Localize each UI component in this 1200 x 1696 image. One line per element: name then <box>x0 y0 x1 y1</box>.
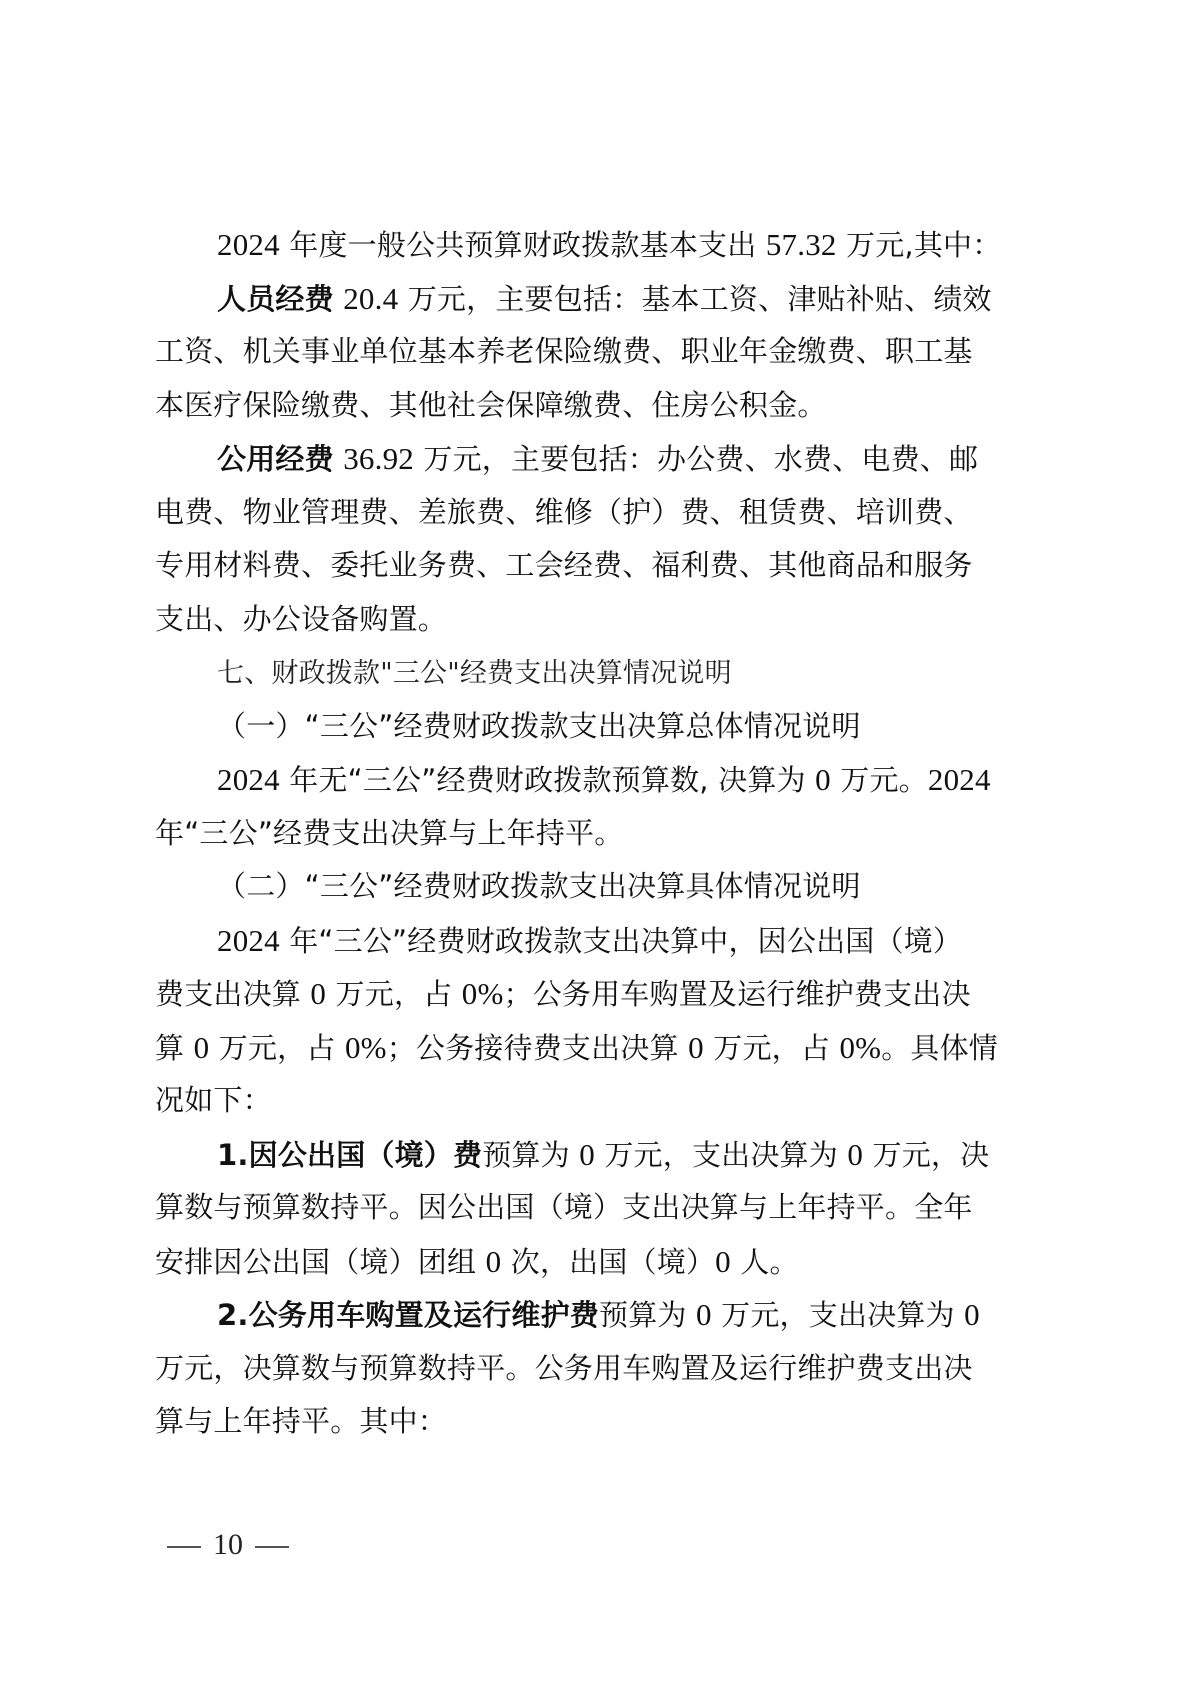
bold-term: 人员经费 <box>217 282 334 316</box>
text-run: 万元,其中： <box>837 228 1002 262</box>
text-run <box>334 442 343 476</box>
number-value: 2024 <box>217 762 280 797</box>
text-run: 算数与预算数持平。因公出国（境）支出决算与上年持平。全年 <box>155 1190 973 1224</box>
page-number: 10 <box>213 1528 243 1561</box>
document-body: 2024 年度一般公共预算财政拨款基本支出 57.32 万元,其中：人员经费 2… <box>155 218 1050 1449</box>
text-run: 年“三公”经费支出决算与上年持平。 <box>155 816 623 850</box>
text-line: 人员经费 20.4 万元，主要包括：基本工资、津贴补贴、绩效 <box>155 272 1050 326</box>
text-run: 。具体情 <box>881 1031 998 1065</box>
text-line: 1.因公出国（境）费预算为 0 万元，支出决算为 0 万元，决 <box>155 1128 1050 1182</box>
text-run: 万元，决算数与预算数持平。公务用车购置及运行维护费支出决 <box>155 1351 973 1385</box>
text-line: 专用材料费、委托业务费、工会经费、福利费、其他商品和服务 <box>155 539 1050 593</box>
number-value: 0 <box>310 976 326 1011</box>
dash-left <box>167 1546 201 1548</box>
text-line: 七、财政拨款"三公"经费支出决算情况说明 <box>155 646 1050 700</box>
text-run: 万元，主要包括：办公费、水费、电费、邮 <box>414 442 978 476</box>
text-run: ；公务用车购置及运行维护费支出决 <box>504 977 971 1011</box>
text-run: 费支出决算 <box>155 977 310 1011</box>
number-value: 2024 <box>217 227 280 262</box>
number-value: 0 <box>688 1030 704 1065</box>
dash-right <box>255 1546 289 1548</box>
text-line: 算数与预算数持平。因公出国（境）支出决算与上年持平。全年 <box>155 1181 1050 1235</box>
text-run: 工资、机关事业单位基本养老保险缴费、职业年金缴费、职工基 <box>155 334 973 368</box>
text-line: 费支出决算 0 万元，占 0%；公务用车购置及运行维护费支出决 <box>155 967 1050 1021</box>
text-line: 算与上年持平。其中： <box>155 1395 1050 1449</box>
text-run: （二）“三公”经费财政拨款支出决算具体情况说明 <box>217 869 861 903</box>
text-line: 本医疗保险缴费、其他社会保障缴费、住房公积金。 <box>155 379 1050 433</box>
text-run: 万元，占 <box>326 977 462 1011</box>
text-run: 万元，决 <box>863 1138 989 1172</box>
number-value: 2024 <box>928 762 991 797</box>
number-value: 0% <box>839 1030 881 1065</box>
text-line: 工资、机关事业单位基本养老保险缴费、职业年金缴费、职工基 <box>155 325 1050 379</box>
text-run: 年无“三公”经费财政拨款预算数, 决算为 <box>280 763 815 797</box>
text-line: （二）“三公”经费财政拨款支出决算具体情况说明 <box>155 860 1050 914</box>
text-run: 万元，占 <box>704 1031 840 1065</box>
bold-term: 1.因公出国（境）费 <box>217 1138 482 1172</box>
text-run: 预算为 <box>482 1138 579 1172</box>
text-run: 次，出国（境） <box>501 1245 715 1279</box>
text-run: 本医疗保险缴费、其他社会保障缴费、住房公积金。 <box>155 388 827 422</box>
text-run: 年度一般公共预算财政拨款基本支出 <box>280 228 766 262</box>
text-run: 电费、物业管理费、差旅费、维修（护）费、租赁费、培训费、 <box>155 495 973 529</box>
text-line: 2024 年无“三公”经费财政拨款预算数, 决算为 0 万元。2024 <box>155 753 1050 807</box>
text-run: 专用材料费、委托业务费、工会经费、福利费、其他商品和服务 <box>155 548 973 582</box>
text-run: ；公务接待费支出决算 <box>387 1031 688 1065</box>
text-line: 况如下： <box>155 1074 1050 1128</box>
page-footer: 10 <box>155 1528 301 1562</box>
text-line: 支出、办公设备购置。 <box>155 593 1050 647</box>
text-line: 2.公务用车购置及运行维护费预算为 0 万元，支出决算为 0 <box>155 1288 1050 1342</box>
number-value: 0 <box>715 1244 731 1279</box>
text-run: 人。 <box>731 1245 799 1279</box>
number-value: 0 <box>696 1297 712 1332</box>
number-value: 0 <box>847 1137 863 1172</box>
bold-term: 2.公务用车购置及运行维护费 <box>217 1298 599 1332</box>
text-run: 万元，占 <box>209 1031 345 1065</box>
number-value: 0 <box>815 762 831 797</box>
bold-term: 公用经费 <box>217 442 334 476</box>
text-run: 万元，主要包括：基本工资、津贴补贴、绩效 <box>398 282 991 316</box>
text-line: 万元，决算数与预算数持平。公务用车购置及运行维护费支出决 <box>155 1342 1050 1396</box>
text-line: 公用经费 36.92 万元，主要包括：办公费、水费、电费、邮 <box>155 432 1050 486</box>
text-line: 年“三公”经费支出决算与上年持平。 <box>155 807 1050 861</box>
number-value: 0% <box>345 1030 387 1065</box>
text-run: 七、财政拨款"三公"经费支出决算情况说明 <box>217 658 732 689</box>
number-value: 2024 <box>217 923 280 958</box>
number-value: 57.32 <box>766 227 837 262</box>
number-value: 36.92 <box>343 441 414 476</box>
text-line: 2024 年“三公”经费财政拨款支出决算中，因公出国（境） <box>155 914 1050 968</box>
text-line: （一）“三公”经费财政拨款支出决算总体情况说明 <box>155 700 1050 754</box>
text-run: 算 <box>155 1031 194 1065</box>
text-run <box>334 282 343 316</box>
text-run: 万元，支出决算为 <box>595 1138 847 1172</box>
text-run: 万元。 <box>831 763 928 797</box>
number-value: 0 <box>486 1244 502 1279</box>
text-run: 况如下： <box>155 1083 272 1117</box>
text-run: （一）“三公”经费财政拨款支出决算总体情况说明 <box>217 709 861 743</box>
text-line: 2024 年度一般公共预算财政拨款基本支出 57.32 万元,其中： <box>155 218 1050 272</box>
number-value: 20.4 <box>343 281 398 316</box>
text-run: 万元，支出决算为 <box>712 1298 964 1332</box>
text-line: 电费、物业管理费、差旅费、维修（护）费、租赁费、培训费、 <box>155 486 1050 540</box>
text-run: 安排因公出国（境）团组 <box>155 1245 486 1279</box>
text-run: 支出、办公设备购置。 <box>155 602 447 636</box>
text-run: 预算为 <box>599 1298 696 1332</box>
number-value: 0% <box>462 976 504 1011</box>
number-value: 0 <box>964 1297 980 1332</box>
text-line: 算 0 万元，占 0%；公务接待费支出决算 0 万元，占 0%。具体情 <box>155 1021 1050 1075</box>
number-value: 0 <box>194 1030 210 1065</box>
text-run: 年“三公”经费财政拨款支出决算中，因公出国（境） <box>280 924 962 958</box>
number-value: 0 <box>579 1137 595 1172</box>
text-run: 算与上年持平。其中： <box>155 1404 447 1438</box>
text-line: 安排因公出国（境）团组 0 次，出国（境）0 人。 <box>155 1235 1050 1289</box>
